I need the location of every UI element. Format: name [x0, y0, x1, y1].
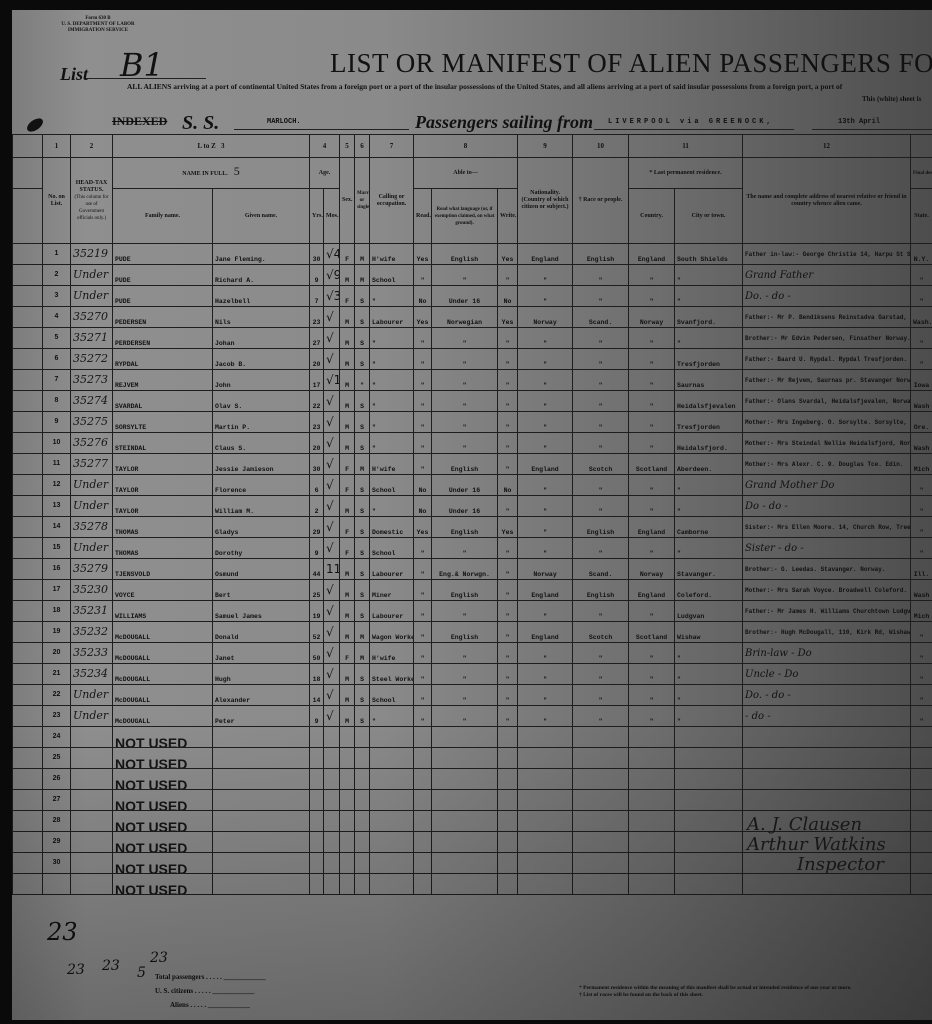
family-name: TJENSVOLD	[113, 559, 213, 580]
age-years: 9	[310, 538, 324, 559]
row-number: 7	[43, 370, 71, 391]
destination-state: "	[911, 622, 932, 643]
col-num-2: 2	[71, 135, 113, 158]
read-language: "	[432, 412, 498, 433]
table-row: 835274SVARDALOlav S.22√MS"""""""Heidalsf…	[13, 391, 932, 412]
occupation: School	[370, 685, 414, 706]
can-read: No	[414, 286, 432, 307]
residence-country: "	[629, 370, 675, 391]
head-tax-status: 35277	[71, 454, 113, 475]
residence-country: England	[629, 244, 675, 265]
table-row: 2035233McDOUGALLJanet50√FMH'wife"""""""B…	[13, 643, 932, 664]
row-number: 16	[43, 559, 71, 580]
can-read: "	[414, 265, 432, 286]
inspector-signature: A. J. Clausen Arthur Watkins Inspector	[747, 815, 886, 875]
marital-status: M	[355, 244, 370, 265]
table-row: 635272RYPDALJacob B.20√MS"""""""Tresfjor…	[13, 349, 932, 370]
residence-city: Saurnas	[675, 370, 743, 391]
head-tax-status: 35279	[71, 559, 113, 580]
occupation: School	[370, 475, 414, 496]
read-language: English	[432, 244, 498, 265]
table-row: 135219PUDEJane Fleming.30√4FMH'wifeYesEn…	[13, 244, 932, 265]
table-row: 1135277TAYLORJessie Jamieson30√FMH'wife"…	[13, 454, 932, 475]
marital-status: S	[355, 706, 370, 727]
destination-state: Wash	[911, 391, 932, 412]
read-language: Eng.& Norwgn.	[432, 559, 498, 580]
table-row: 2Under 16PUDERichard A.9√9MMSchool""""""…	[13, 265, 932, 286]
occupation: Domestic	[370, 517, 414, 538]
destination-state: Ore.	[911, 412, 932, 433]
head-tax-status: 35276	[71, 433, 113, 454]
occupation: "	[370, 433, 414, 454]
destination-state: N.Y.	[911, 244, 932, 265]
row-number	[43, 874, 71, 895]
family-name: McDOUGALL	[113, 664, 213, 685]
row-number: 20	[43, 643, 71, 664]
race: "	[573, 496, 629, 517]
sex: M	[340, 349, 355, 370]
nearest-relative: Brin-law - Do	[743, 643, 911, 664]
can-read: "	[414, 349, 432, 370]
read-language: "	[432, 391, 498, 412]
marital-status: S	[355, 580, 370, 601]
col-num-1: 1	[43, 135, 71, 158]
name-mark: 5	[234, 164, 240, 178]
can-write: "	[498, 559, 518, 580]
ink-blot-mark	[25, 116, 45, 135]
nearest-relative: Brother:- Hugh McDougall, 110, Kirk Rd, …	[743, 622, 911, 643]
marital-status: S	[355, 286, 370, 307]
sex: M	[340, 622, 355, 643]
residence-country: "	[629, 643, 675, 664]
nationality: "	[518, 538, 573, 559]
table-row: 1835231WILLIAMSSamuel James19√MSLabourer…	[13, 601, 932, 622]
age-months: √	[324, 664, 340, 685]
age-months: √	[324, 517, 340, 538]
can-write: "	[498, 601, 518, 622]
family-name: SORSYLTE	[113, 412, 213, 433]
destination-state: "	[911, 265, 932, 286]
race: "	[573, 391, 629, 412]
nationality: England	[518, 244, 573, 265]
residence-city: "	[675, 475, 743, 496]
row-number: 29	[43, 832, 71, 853]
can-read: No	[414, 475, 432, 496]
header-state: State.	[911, 189, 932, 244]
age-months: √	[324, 685, 340, 706]
stamp-count-3: 5	[137, 965, 146, 981]
occupation: "	[370, 706, 414, 727]
head-tax-status: 35272	[71, 349, 113, 370]
given-name: Jane Fleming.	[213, 244, 310, 265]
given-name: Richard A.	[213, 265, 310, 286]
age-years: 25	[310, 580, 324, 601]
marital-status: M	[355, 622, 370, 643]
age-years: 29	[310, 517, 324, 538]
row-number: 14	[43, 517, 71, 538]
race: "	[573, 349, 629, 370]
occupation: "	[370, 349, 414, 370]
nearest-relative: Do. - do -	[743, 685, 911, 706]
nationality: Norway	[518, 559, 573, 580]
not-used-stamp: NOT USED	[113, 790, 213, 811]
age-years: 27	[310, 328, 324, 349]
sex: F	[340, 475, 355, 496]
nearest-relative: Brother:- Mr Edvin Pedersen, Finsather N…	[743, 328, 911, 349]
occupation: Labourer	[370, 307, 414, 328]
marital-status: S	[355, 391, 370, 412]
occupation: H'wife	[370, 244, 414, 265]
row-number: 13	[43, 496, 71, 517]
head-tax-status: 35270	[71, 307, 113, 328]
inspector-title: Inspector	[747, 855, 886, 875]
family-name: McDOUGALL	[113, 706, 213, 727]
given-name: Samuel James	[213, 601, 310, 622]
family-name: PEDERSEN	[113, 307, 213, 328]
occupation: "	[370, 328, 414, 349]
destination-state: Ill.	[911, 559, 932, 580]
residence-country: "	[629, 286, 675, 307]
family-name: PUDE	[113, 244, 213, 265]
head-tax-status: 35232	[71, 622, 113, 643]
marital-status: M	[355, 454, 370, 475]
destination-state: "	[911, 643, 932, 664]
unused-row: 27NOT USED	[13, 790, 932, 811]
read-language: English	[432, 517, 498, 538]
sex: M	[340, 706, 355, 727]
not-used-stamp: NOT USED	[113, 748, 213, 769]
occupation: "	[370, 412, 414, 433]
sex: M	[340, 664, 355, 685]
occupation: H'wife	[370, 454, 414, 475]
table-row: 735273REJVEMJohn17√1M""""""""SaurnasFath…	[13, 370, 932, 391]
age-years: 19	[310, 601, 324, 622]
residence-country: England	[629, 517, 675, 538]
age-months: √	[324, 307, 340, 328]
header-write: Write.	[498, 189, 518, 244]
ship-name: MARLOCH.	[267, 118, 301, 126]
marital-status: S	[355, 664, 370, 685]
row-number: 9	[43, 412, 71, 433]
destination-state: Mich	[911, 601, 932, 622]
family-name: VOYCE	[113, 580, 213, 601]
sex: M	[340, 496, 355, 517]
can-read: "	[414, 370, 432, 391]
can-write: "	[498, 664, 518, 685]
age-months: √	[324, 622, 340, 643]
can-write: Yes	[498, 244, 518, 265]
destination-state: "	[911, 706, 932, 727]
age-years: 18	[310, 664, 324, 685]
residence-city: Ludgvan	[675, 601, 743, 622]
sailing-port: LIVERPOOL via GREENOCK,	[608, 118, 774, 126]
nationality: "	[518, 664, 573, 685]
can-read: "	[414, 685, 432, 706]
can-read: "	[414, 454, 432, 475]
can-read: "	[414, 643, 432, 664]
col-num-10: 10	[573, 135, 629, 158]
can-write: Yes	[498, 517, 518, 538]
nearest-relative: Mother:- Mrs Ingeberg. O. Sorsylte. Sors…	[743, 412, 911, 433]
header-row-1: No. on List. HEAD-TAX STATUS. (This colu…	[13, 158, 932, 189]
passenger-table: 1 2 L to Z 3 4 5 6 7 8 9 10 11 12 No. on…	[12, 134, 932, 895]
nearest-relative: Brother:- G. Leedas. Stavanger. Norway.	[743, 559, 911, 580]
page-subtitle: ALL ALIENS arriving at a port of contine…	[127, 82, 842, 91]
header-sex: Sex.	[340, 158, 355, 244]
sex: M	[340, 370, 355, 391]
table-row: 2135234McDOUGALLHugh18√MSSteel Worker"""…	[13, 664, 932, 685]
nationality: "	[518, 328, 573, 349]
sex: M	[340, 391, 355, 412]
nearest-relative: Mother:- Mrs Alexr. C. 9. Douglas Tce. E…	[743, 454, 911, 475]
age-years: 23	[310, 307, 324, 328]
given-name: Nils	[213, 307, 310, 328]
family-name: SVARDAL	[113, 391, 213, 412]
table-row: 435270PEDERSENNils23√MSLabourerYesNorweg…	[13, 307, 932, 328]
ship-label: S. S.	[182, 112, 219, 135]
read-language: "	[432, 706, 498, 727]
head-tax-status: Under 16	[71, 538, 113, 559]
residence-city: Tresfjorden	[675, 349, 743, 370]
destination-state: "	[911, 496, 932, 517]
race: "	[573, 370, 629, 391]
occupation: "	[370, 496, 414, 517]
form-identifier: Form 630 B U. S. DEPARTMENT OF LABOR IMM…	[48, 16, 148, 34]
head-tax-status: Under 16	[71, 706, 113, 727]
header-read-language: Read what language (or, if exemption cla…	[432, 189, 498, 244]
age-months: √9	[324, 265, 340, 286]
sex: M	[340, 580, 355, 601]
family-name: PUDE	[113, 286, 213, 307]
age-months: √	[324, 643, 340, 664]
race: Scand.	[573, 307, 629, 328]
head-tax-status: Under 16	[71, 265, 113, 286]
header-name-in-full: NAME IN FULL. 5	[113, 158, 310, 189]
not-used-stamp: NOT USED	[113, 727, 213, 748]
occupation: H'wife	[370, 643, 414, 664]
can-write: "	[498, 412, 518, 433]
can-write: "	[498, 349, 518, 370]
col-num-12: 12	[743, 135, 911, 158]
nearest-relative: Father:- Baard U. Rypdal. Rypdal Tresfjo…	[743, 349, 911, 370]
row-number: 21	[43, 664, 71, 685]
head-tax-status: 35278	[71, 517, 113, 538]
sex: F	[340, 517, 355, 538]
alpha-range-label: L to Z	[197, 142, 215, 150]
residence-country: "	[629, 328, 675, 349]
nationality: "	[518, 433, 573, 454]
can-read: No	[414, 496, 432, 517]
nationality: "	[518, 706, 573, 727]
header-no-on-list: No. on List.	[43, 158, 71, 244]
can-read: "	[414, 601, 432, 622]
nationality: "	[518, 286, 573, 307]
col-num-8: 8	[414, 135, 518, 158]
sex: M	[340, 328, 355, 349]
row-number: 11	[43, 454, 71, 475]
header-married: Married or single.	[355, 158, 370, 244]
footnotes: * Permanent residence within the meaning…	[579, 985, 852, 999]
can-write: "	[498, 433, 518, 454]
race: "	[573, 706, 629, 727]
head-tax-status: 35271	[71, 328, 113, 349]
nearest-relative: Father in-law:- George Christie 14, Harp…	[743, 244, 911, 265]
age-years: 22	[310, 391, 324, 412]
sex: M	[340, 307, 355, 328]
sailing-underline	[594, 129, 794, 130]
age-months: 11	[324, 559, 340, 580]
age-years: 44	[310, 559, 324, 580]
destination-state: Mich	[911, 454, 932, 475]
read-language: English	[432, 622, 498, 643]
nationality: "	[518, 475, 573, 496]
sailing-date: 13th April	[838, 118, 880, 126]
age-months: √	[324, 706, 340, 727]
can-read: "	[414, 706, 432, 727]
table-row: 23Under 16McDOUGALLPeter9√MS""""""""- do…	[13, 706, 932, 727]
given-name: Olav S.	[213, 391, 310, 412]
unused-row: 24NOT USED	[13, 727, 932, 748]
residence-city: "	[675, 265, 743, 286]
read-language: "	[432, 664, 498, 685]
indexed-stamp: INDEXED	[112, 114, 167, 129]
marital-status: S	[355, 559, 370, 580]
can-read: "	[414, 433, 432, 454]
not-used-stamp: NOT USED	[113, 853, 213, 874]
occupation: "	[370, 370, 414, 391]
read-language: Under 16	[432, 475, 498, 496]
marital-status: S	[355, 601, 370, 622]
nearest-relative: Grand Father	[743, 265, 911, 286]
can-write: "	[498, 370, 518, 391]
destination-state: Iowa	[911, 370, 932, 391]
nationality: England	[518, 454, 573, 475]
destination-state: "	[911, 475, 932, 496]
row-number: 18	[43, 601, 71, 622]
age-years: 2	[310, 496, 324, 517]
nationality: "	[518, 370, 573, 391]
page-subtitle-2: This (white) sheet is	[862, 95, 921, 103]
destination-state: "	[911, 328, 932, 349]
age-months: √	[324, 433, 340, 454]
head-tax-status: 35273	[71, 370, 113, 391]
residence-city: Svanfjord.	[675, 307, 743, 328]
age-months: √	[324, 454, 340, 475]
residence-country: "	[629, 706, 675, 727]
given-name: Florence	[213, 475, 310, 496]
residence-country: Scotland	[629, 454, 675, 475]
given-name: Janet	[213, 643, 310, 664]
marital-status: S	[355, 685, 370, 706]
race: "	[573, 286, 629, 307]
table-row: 935275SORSYLTEMartin P.23√MS"""""""Tresf…	[13, 412, 932, 433]
destination-state: Wash	[911, 580, 932, 601]
unused-row: 25NOT USED	[13, 748, 932, 769]
sex: M	[340, 265, 355, 286]
table-row: 12Under 16TAYLORFlorence6√FSSchoolNoUnde…	[13, 475, 932, 496]
family-name: TAYLOR	[113, 496, 213, 517]
can-write: "	[498, 538, 518, 559]
residence-city: "	[675, 643, 743, 664]
marital-status: S	[355, 349, 370, 370]
family-name: TAYLOR	[113, 475, 213, 496]
residence-country: "	[629, 601, 675, 622]
age-months: √1	[324, 370, 340, 391]
read-language: "	[432, 685, 498, 706]
residence-country: England	[629, 580, 675, 601]
race: "	[573, 685, 629, 706]
head-tax-status: Under 16	[71, 685, 113, 706]
row-number: 3	[43, 286, 71, 307]
residence-city: Wishaw	[675, 622, 743, 643]
head-tax-status: 35231	[71, 601, 113, 622]
read-language: "	[432, 643, 498, 664]
col-num-4: 4	[310, 135, 340, 158]
row-number: 25	[43, 748, 71, 769]
col-num-5: 5	[340, 135, 355, 158]
age-years: 17	[310, 370, 324, 391]
footnote-races: † List of races will be found on the bac…	[579, 992, 852, 999]
not-used-stamp: NOT USED	[113, 769, 213, 790]
race: Scand.	[573, 559, 629, 580]
can-read: "	[414, 622, 432, 643]
nationality: "	[518, 265, 573, 286]
ship-underline	[234, 129, 409, 130]
occupation: Steel Worker	[370, 664, 414, 685]
family-name: STEINDAL	[113, 433, 213, 454]
not-used-stamp: NOT USED	[113, 874, 213, 895]
table-row: 1735230VOYCEBert25√MSMiner"English"Engla…	[13, 580, 932, 601]
row-number: 6	[43, 349, 71, 370]
can-read: "	[414, 391, 432, 412]
age-years: 52	[310, 622, 324, 643]
given-name: Dorothy	[213, 538, 310, 559]
can-read: "	[414, 580, 432, 601]
can-write: "	[498, 643, 518, 664]
can-read: Yes	[414, 517, 432, 538]
race: "	[573, 328, 629, 349]
nationality: "	[518, 517, 573, 538]
sex: F	[340, 286, 355, 307]
row-number: 2	[43, 265, 71, 286]
residence-country: "	[629, 475, 675, 496]
read-language: English	[432, 454, 498, 475]
race: "	[573, 601, 629, 622]
can-write: No	[498, 286, 518, 307]
nearest-relative: Do. - do -	[743, 286, 911, 307]
nearest-relative: Mother:- Mrs Sarah Voyce. Broadwell Cole…	[743, 580, 911, 601]
read-language: Under 16	[432, 286, 498, 307]
age-months: √	[324, 475, 340, 496]
read-language: Norwegian	[432, 307, 498, 328]
nationality: "	[518, 685, 573, 706]
can-write: "	[498, 496, 518, 517]
marital-status: S	[355, 517, 370, 538]
nearest-relative: - do -	[743, 706, 911, 727]
footnote-residence: * Permanent residence within the meaning…	[579, 985, 852, 992]
nationality: "	[518, 643, 573, 664]
occupation: Wagon Worker	[370, 622, 414, 643]
header-last-residence: * Last permanent residence.	[629, 158, 743, 189]
head-tax-status: 35230	[71, 580, 113, 601]
residence-country: "	[629, 685, 675, 706]
signature-line-2: Arthur Watkins	[747, 835, 886, 855]
race: "	[573, 433, 629, 454]
given-name: Osmund	[213, 559, 310, 580]
age-years: 50	[310, 643, 324, 664]
age-years: 20	[310, 433, 324, 454]
service-name: IMMIGRATION SERVICE	[48, 28, 148, 34]
